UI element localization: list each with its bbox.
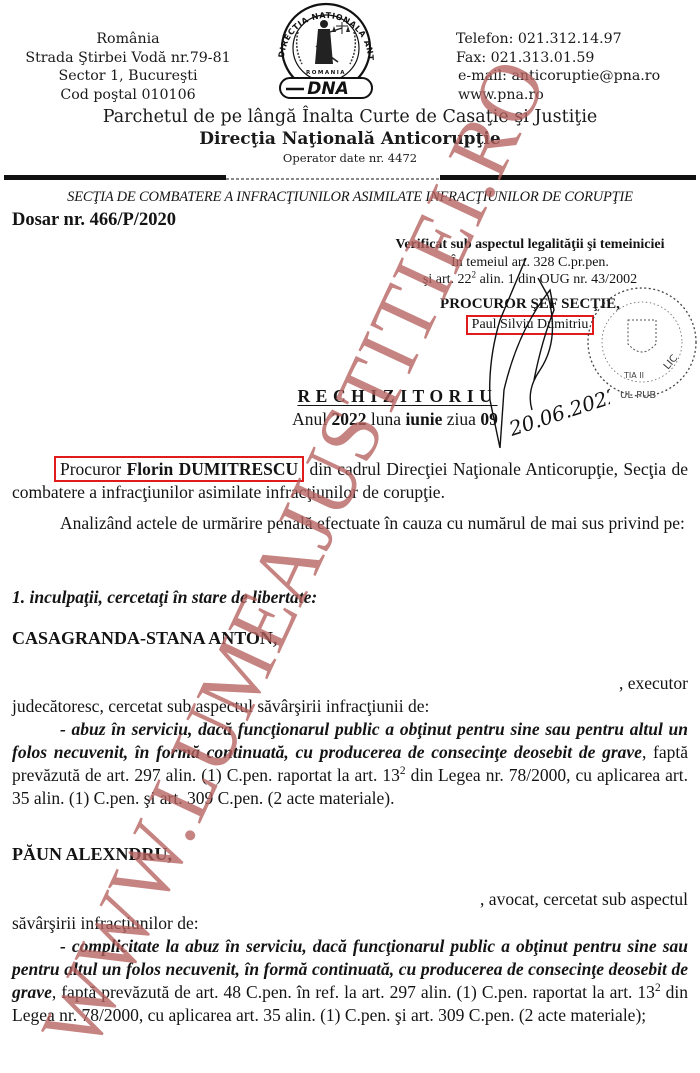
document-date: Anul 2022 luna iunie ziua 09	[0, 409, 700, 430]
institution-block: Parchetul de pe lângă Înalta Curte de Ca…	[0, 106, 700, 166]
header-email[interactable]: e-mail: anticoruptie@pna.ro	[456, 67, 696, 86]
prosecutor-paragraph: Procuror Florin DUMITRESCU din cadrul Di…	[12, 458, 688, 504]
header-phone: Telefon: 021.312.14.97	[456, 30, 696, 49]
header-country: România	[18, 30, 238, 49]
header-fax: Fax: 021.313.01.59	[456, 49, 696, 68]
operator-number: Operator date nr. 4472	[0, 150, 700, 166]
dna-logo-icon: DIRECTIA NATIONALA ANTICORUPTIE ROMANIA …	[270, 2, 382, 102]
header-sector: Sector 1, Bucureşti	[18, 67, 238, 86]
section-name: SECŢIA DE COMBATERE A INFRACŢIUNILOR ASI…	[0, 189, 700, 206]
document-title: RECHIZITORIU	[0, 386, 700, 407]
header-divider	[4, 174, 696, 182]
document-title-block: RECHIZITORIU Anul 2022 luna iunie ziua 0…	[0, 386, 700, 430]
header-postal-code: Cod poştal 010106	[18, 86, 238, 105]
header-street: Strada Ştirbei Vodă nr.79-81	[18, 49, 238, 68]
svg-text:DNA: DNA	[307, 79, 349, 99]
defendant-2-role: , avocat, cercetat sub aspectul	[12, 888, 688, 911]
defendant-1-name: CASAGRANDA-STANA ANTON,	[12, 627, 688, 650]
svg-text:TIA II: TIA II	[623, 371, 644, 380]
header-contact: Telefon: 021.312.14.97 Fax: 021.313.01.5…	[456, 30, 696, 104]
svg-text:ROMANIA: ROMANIA	[306, 70, 346, 76]
defendant-2-charge: săvârşirii infracţiunilor de: - complici…	[12, 912, 688, 1027]
prosecutor-name-highlight: Procuror Florin DUMITRESCU	[54, 456, 304, 482]
defendant-2-name: PĂUN ALEXNDRU,	[12, 843, 688, 866]
case-number: Dosar nr. 466/P/2020	[12, 210, 176, 231]
header-address: România Strada Ştirbei Vodă nr.79-81 Sec…	[18, 30, 238, 104]
institution-name: Direcţia Naţională Anticorupţie	[0, 128, 700, 150]
header-website[interactable]: www.pna.ro	[456, 86, 696, 105]
svg-text:LIC: LIC	[662, 353, 680, 372]
defendant-1-role: , executor	[12, 672, 688, 695]
defendant-1-charge: judecătoresc, cercetat sub aspectul săvâ…	[12, 695, 688, 810]
institution-parent: Parchetul de pe lângă Înalta Curte de Ca…	[0, 106, 700, 128]
analysis-paragraph: Analizând actele de urmărire penală efec…	[12, 512, 688, 535]
defendants-heading: 1. inculpaţii, cercetaţi în stare de lib…	[12, 586, 688, 609]
